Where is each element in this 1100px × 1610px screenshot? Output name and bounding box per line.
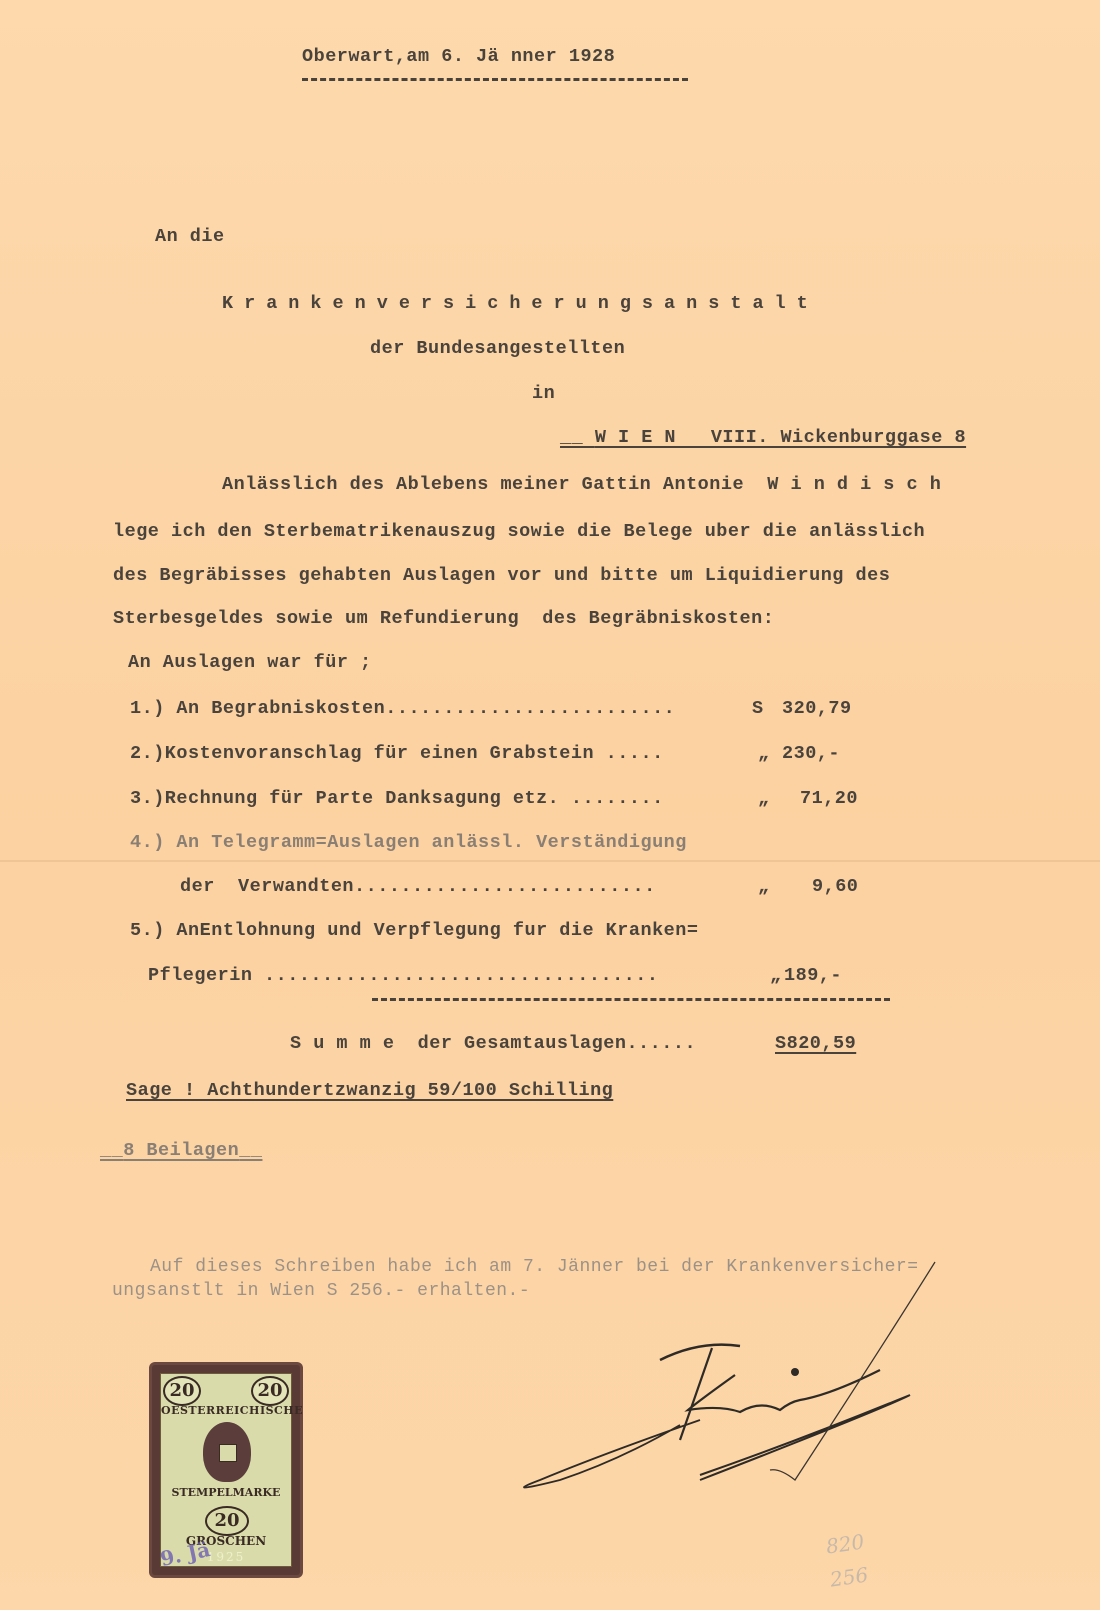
stamp-corner-value-left: 20 [163,1376,201,1406]
stamp-subtitle: STEMPELMARKE [161,1486,291,1499]
eagle-coat-of-arms-icon [203,1422,251,1482]
stamp-title: OESTERREICHISCHE [161,1404,291,1417]
stamp-corner-value-right: 20 [251,1376,289,1406]
stamp-value: 20 [205,1506,249,1536]
